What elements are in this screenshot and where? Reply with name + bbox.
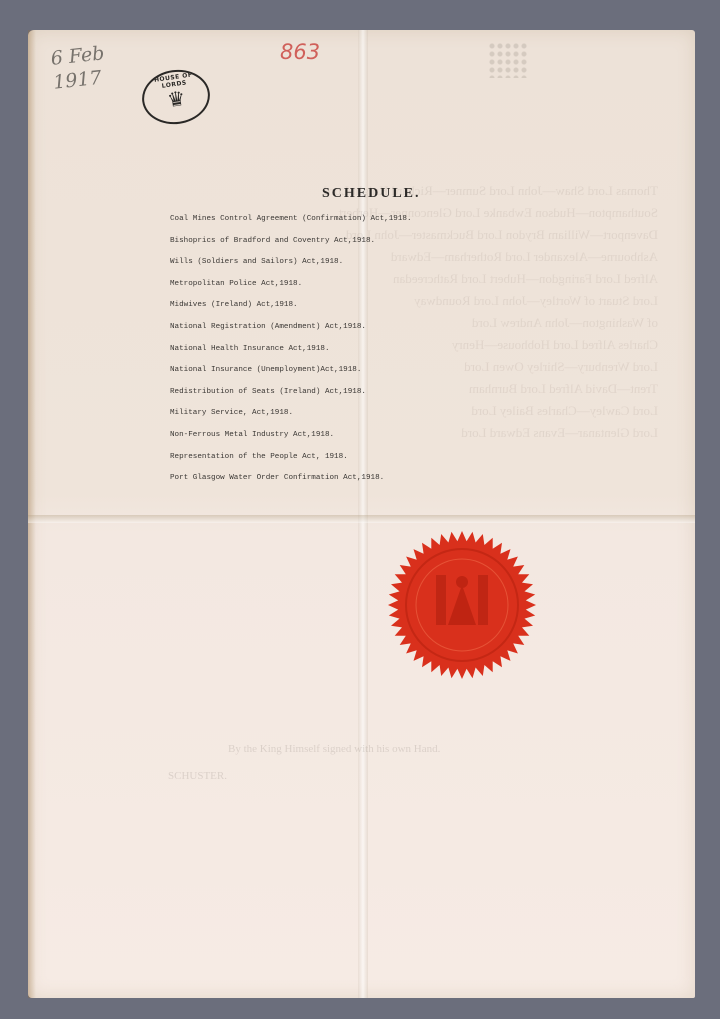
foxing-marks: [488, 42, 528, 78]
horizontal-fold: [28, 515, 695, 523]
schedule-item: Coal Mines Control Agreement (Confirmati…: [170, 213, 412, 235]
handwritten-date: 6 Feb 1917: [50, 41, 108, 94]
schedule-title: SCHEDULE.: [322, 186, 421, 202]
schedule-item: National Insurance (Unemployment)Act,191…: [170, 364, 412, 386]
crown-icon: ♛: [166, 89, 187, 111]
date-line-2: 1917: [52, 65, 108, 94]
schedule-item: Redistribution of Seats (Ireland) Act,19…: [170, 386, 412, 408]
schedule-item: Representation of the People Act, 1918.: [170, 451, 412, 473]
schedule-item: Wills (Soldiers and Sailors) Act,1918.: [170, 256, 412, 278]
schedule-item: Metropolitan Police Act,1918.: [170, 278, 412, 300]
show-through-lower-text: By the King Himself signed with his own …: [178, 700, 648, 786]
schedule-item: National Registration (Amendment) Act,19…: [170, 321, 412, 343]
signature: SCHUSTER.: [168, 767, 648, 786]
document-sheet: 6 Feb 1917 HOUSE OF LORDS ♛ 863 Thomas L…: [28, 30, 695, 998]
schedule-item: Bishoprics of Bradford and Coventry Act,…: [170, 235, 412, 257]
schedule-item: Midwives (Ireland) Act,1918.: [170, 299, 412, 321]
schedule-item: Port Glasgow Water Order Confirmation Ac…: [170, 472, 412, 494]
schedule-item: National Health Insurance Act,1918.: [170, 343, 412, 365]
house-of-lords-stamp: HOUSE OF LORDS ♛: [139, 66, 214, 129]
wax-seal-icon: [386, 530, 538, 680]
vertical-fold: [358, 30, 368, 998]
signature-line: By the King Himself signed with his own …: [228, 740, 648, 759]
reference-number: 863: [280, 40, 320, 64]
schedule-item: Non-Ferrous Metal Industry Act,1918.: [170, 429, 412, 451]
schedule-list: Coal Mines Control Agreement (Confirmati…: [170, 213, 412, 494]
schedule-item: Military Service, Act,1918.: [170, 407, 412, 429]
